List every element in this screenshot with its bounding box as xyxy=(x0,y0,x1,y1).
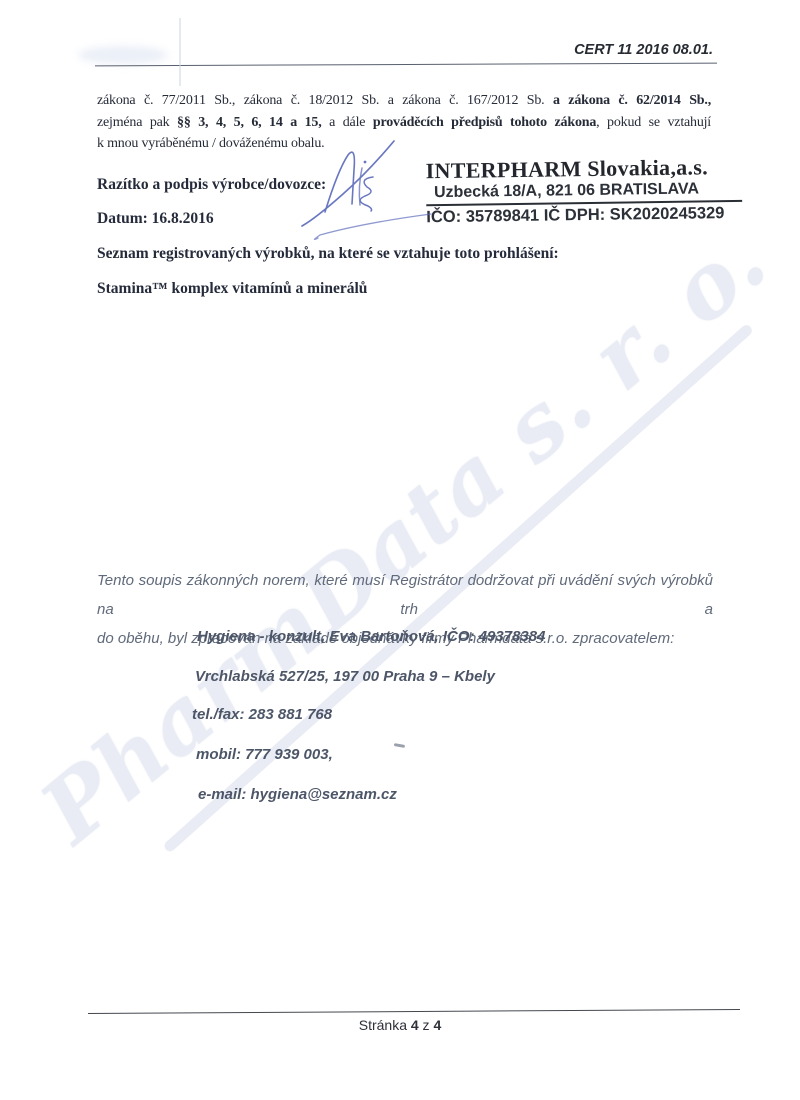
scan-smudge-artifact xyxy=(78,46,168,64)
footer-total-num: 4 xyxy=(433,1017,441,1033)
page-number: Stránka 4 z 4 xyxy=(0,1017,800,1033)
run-regular: , pokud se vztahují xyxy=(596,115,711,130)
stamp-registration-ids: IČO: 35789841 IČ DPH: SK2020245329 xyxy=(426,202,748,227)
footer-rule xyxy=(88,1009,740,1014)
processing-note-line1: Tento soupis zákonných norem, které musí… xyxy=(97,566,713,624)
scan-dash-artifact xyxy=(394,743,405,747)
date-label: Datum: 16.8.2016 xyxy=(97,210,214,228)
legal-paragraph-line1: zákona č. 77/2011 Sb., zákona č. 18/2012… xyxy=(97,90,711,112)
footer-word-of: z xyxy=(419,1017,434,1033)
footer-word-page: Stránka xyxy=(359,1017,411,1033)
contact-mobile: mobil: 777 939 003, xyxy=(196,746,333,763)
contact-email: e-mail: hygiena@seznam.cz xyxy=(198,786,397,803)
header-rule xyxy=(95,63,717,67)
run-regular: zákona č. 77/2011 Sb., zákona č. 18/2012… xyxy=(97,93,553,108)
watermark-text: PharmData s. r. o. xyxy=(26,213,781,858)
contact-telfax: tel./fax: 283 881 768 xyxy=(192,706,332,723)
document-code: CERT 11 2016 08.01. xyxy=(574,42,713,58)
contact-address: Vrchlabská 527/25, 197 00 Praha 9 – Kbel… xyxy=(195,668,495,685)
company-stamp: INTERPHARM Slovakia,a.s. Uzbecká 18/A, 8… xyxy=(426,155,749,227)
run-regular: zejména pak xyxy=(97,115,177,130)
run-bold: a zákona č. 62/2014 Sb., xyxy=(553,93,711,108)
scan-line-artifact xyxy=(179,18,181,86)
handwritten-signature xyxy=(288,126,448,242)
footer-page-num: 4 xyxy=(411,1017,419,1033)
contact-name: Hygiena - konzult, Eva Bartoňová, IČO: 4… xyxy=(197,628,545,645)
scanned-document-page: PharmData s. r. o. CERT 11 2016 08.01. z… xyxy=(0,0,800,1100)
product-name: Stamina™ komplex vitamínů a minerálů xyxy=(97,280,367,298)
product-list-heading: Seznam registrovaných výrobků, na které … xyxy=(97,245,559,263)
stamp-company-name: INTERPHARM Slovakia,a.s. xyxy=(426,155,748,183)
